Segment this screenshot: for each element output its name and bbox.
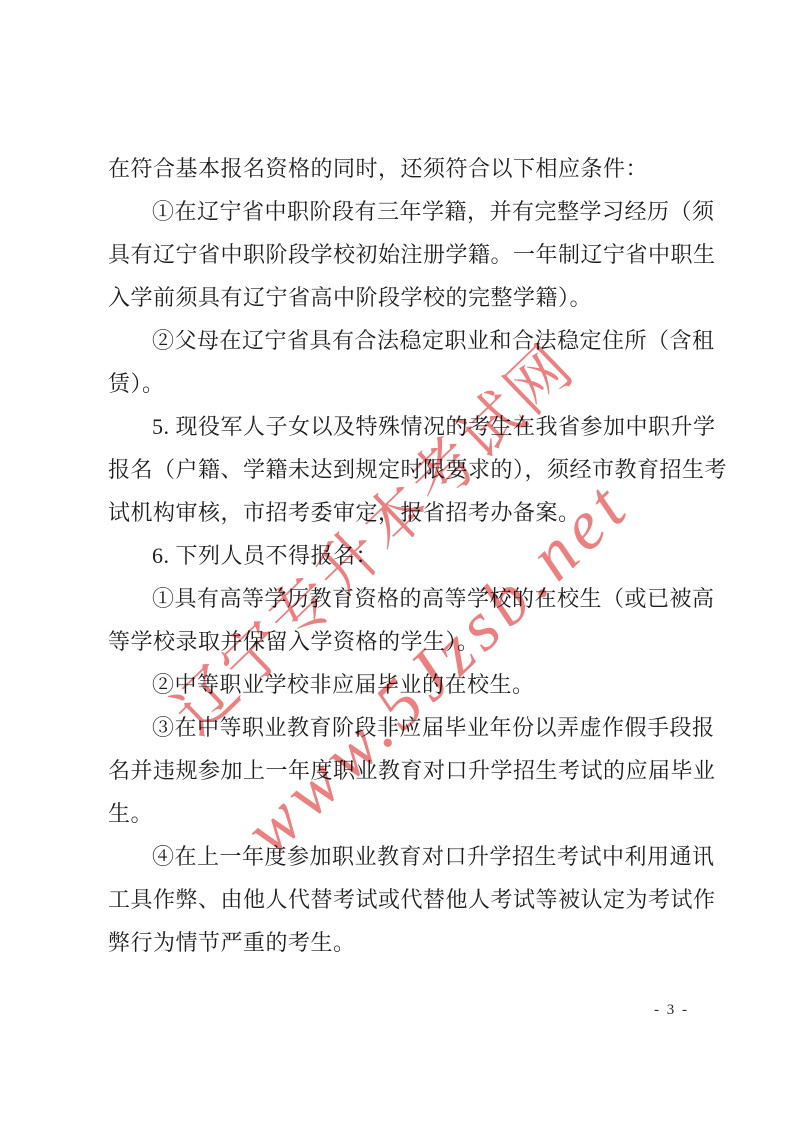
text-line: 工具作弊、由他人代替考试或代替他人考试等被认定为考试作 [108,878,700,921]
text-line: 试机构审核，市招考委审定，报省招考办备案。 [108,491,700,534]
text-line: 弊行为情节严重的考生。 [108,921,700,964]
page-number: - 3 - [654,1002,689,1019]
text-line: 在符合基本报名资格的同时，还须符合以下相应条件： [108,147,700,190]
text-line: 报名（户籍、学籍未达到规定时限要求的），须经市教育招生考 [108,448,700,491]
text-line: ①具有高等学历教育资格的高等学校的在校生（或已被高 [108,577,700,620]
text-line: ③在中等职业教育阶段非应届毕业年份以弄虚作假手段报 [108,706,700,749]
text-line: 6. 下列人员不得报名： [108,534,700,577]
text-line: ④在上一年度参加职业教育对口升学招生考试中利用通讯 [108,835,700,878]
text-line: 生。 [108,792,700,835]
document-page: 在符合基本报名资格的同时，还须符合以下相应条件：①在辽宁省中职阶段有三年学籍，并… [0,0,800,1131]
text-line: 等学校录取并保留入学资格的学生）。 [108,620,700,663]
text-line: 赁）。 [108,362,700,405]
text-line: 5. 现役军人子女以及特殊情况的考生在我省参加中职升学 [108,405,700,448]
body-text: 在符合基本报名资格的同时，还须符合以下相应条件：①在辽宁省中职阶段有三年学籍，并… [108,147,700,964]
text-line: ①在辽宁省中职阶段有三年学籍，并有完整学习经历（须 [108,190,700,233]
text-line: ②中等职业学校非应届毕业的在校生。 [108,663,700,706]
text-line: 名并违规参加上一年度职业教育对口升学招生考试的应届毕业 [108,749,700,792]
text-line: 入学前须具有辽宁省高中阶段学校的完整学籍）。 [108,276,700,319]
text-line: 具有辽宁省中职阶段学校初始注册学籍。一年制辽宁省中职生 [108,233,700,276]
text-line: ②父母在辽宁省具有合法稳定职业和合法稳定住所（含租 [108,319,700,362]
